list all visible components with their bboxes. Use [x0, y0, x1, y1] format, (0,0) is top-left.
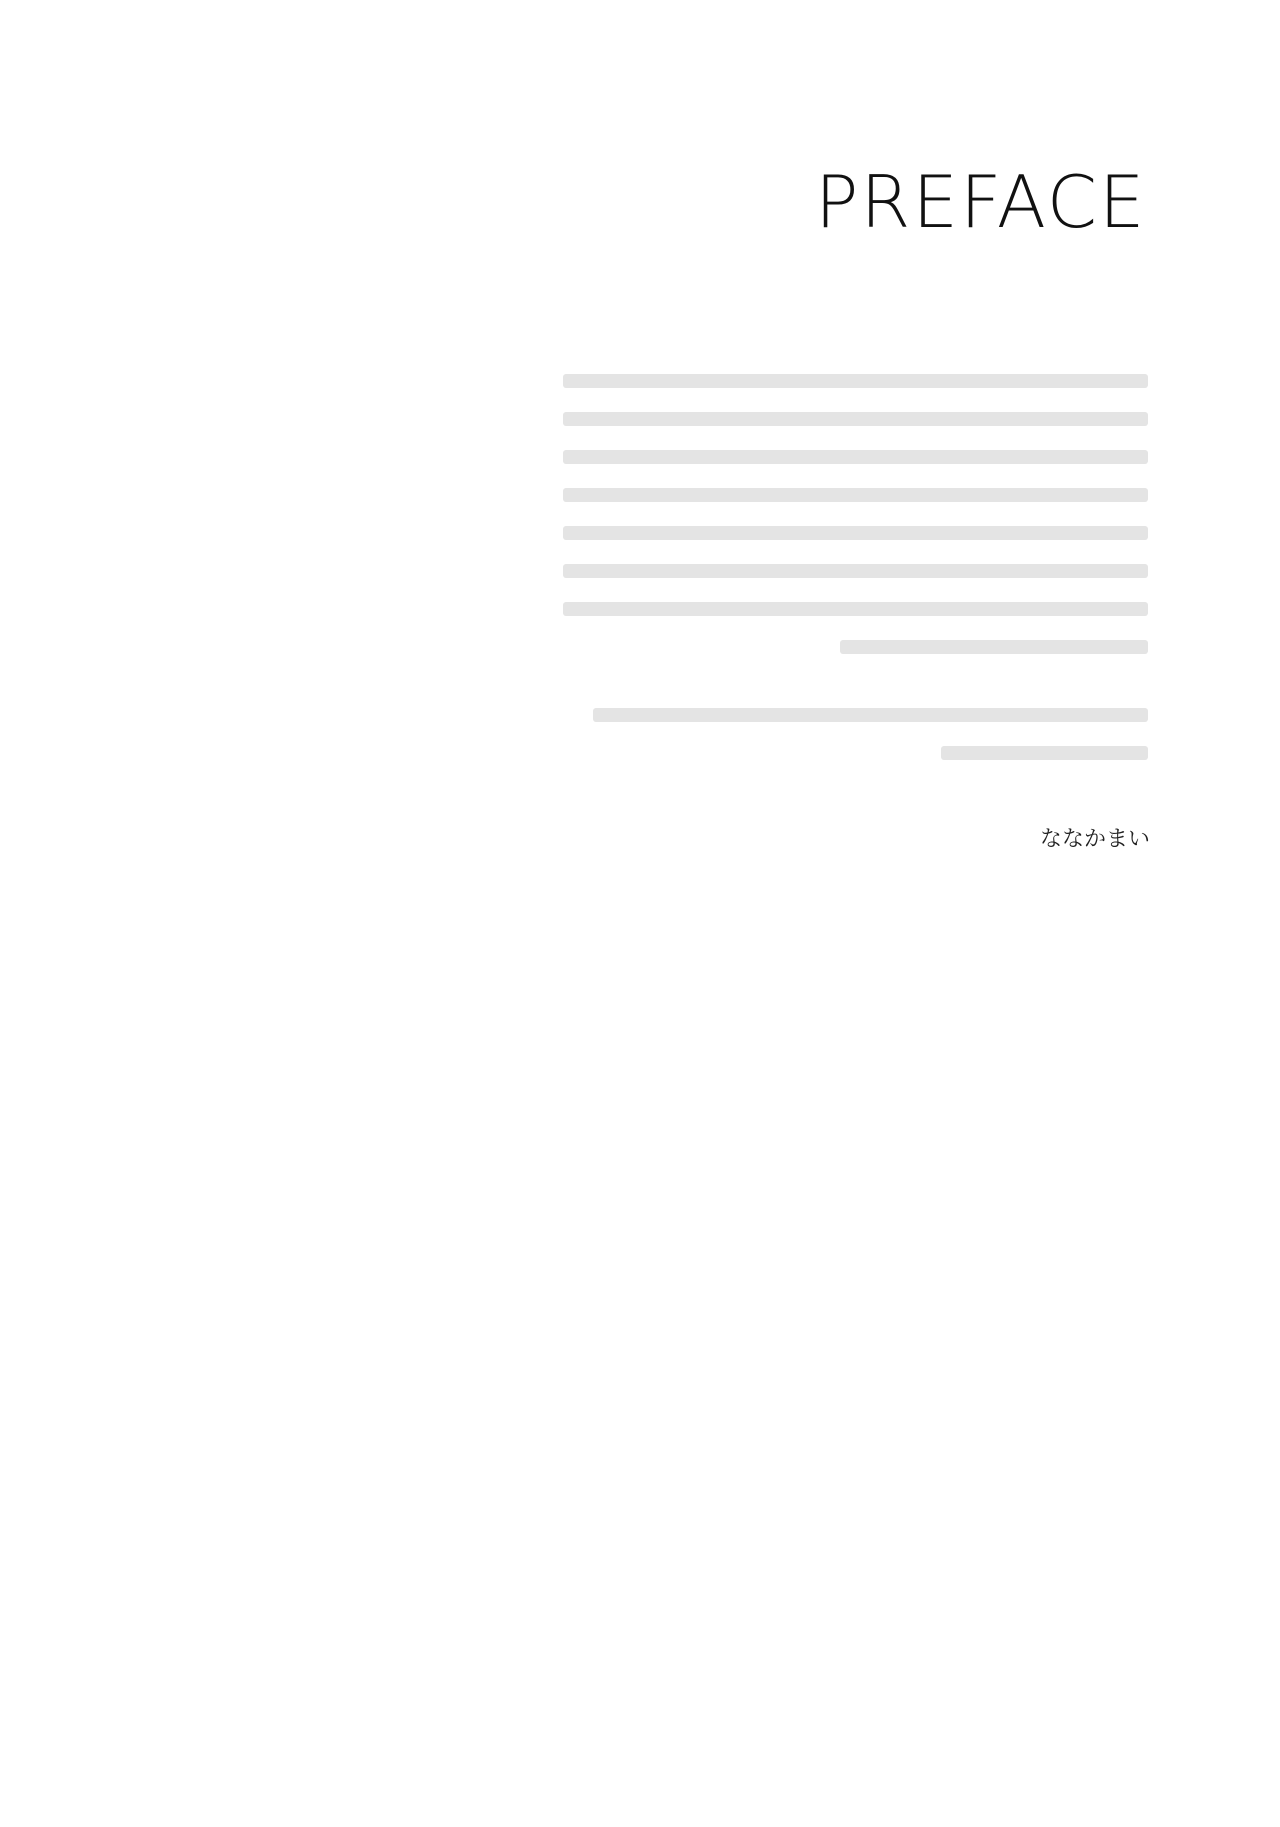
body-line — [563, 362, 1151, 400]
body-line — [563, 400, 1151, 438]
body-line — [563, 590, 1151, 628]
body-line — [563, 552, 1151, 590]
redacted-text-placeholder — [840, 640, 1148, 654]
redacted-text-placeholder — [563, 564, 1148, 578]
paragraph-gap — [563, 666, 1151, 696]
redacted-text-placeholder — [593, 708, 1148, 722]
author-signature: ななかまい — [1040, 822, 1150, 853]
body-line — [563, 514, 1151, 552]
body-line — [563, 438, 1151, 476]
redacted-text-placeholder — [563, 526, 1148, 540]
preface-body — [563, 362, 1151, 772]
redacted-text-placeholder — [563, 602, 1148, 616]
body-line — [563, 476, 1151, 514]
page-title: PREFACE — [815, 160, 1147, 244]
closing-line — [563, 696, 1151, 734]
redacted-text-placeholder — [563, 412, 1148, 426]
closing-line — [563, 734, 1151, 772]
redacted-text-placeholder — [563, 488, 1148, 502]
redacted-text-placeholder — [563, 374, 1148, 388]
redacted-text-placeholder — [941, 746, 1148, 760]
redacted-text-placeholder — [563, 450, 1148, 464]
body-line — [563, 628, 1151, 666]
